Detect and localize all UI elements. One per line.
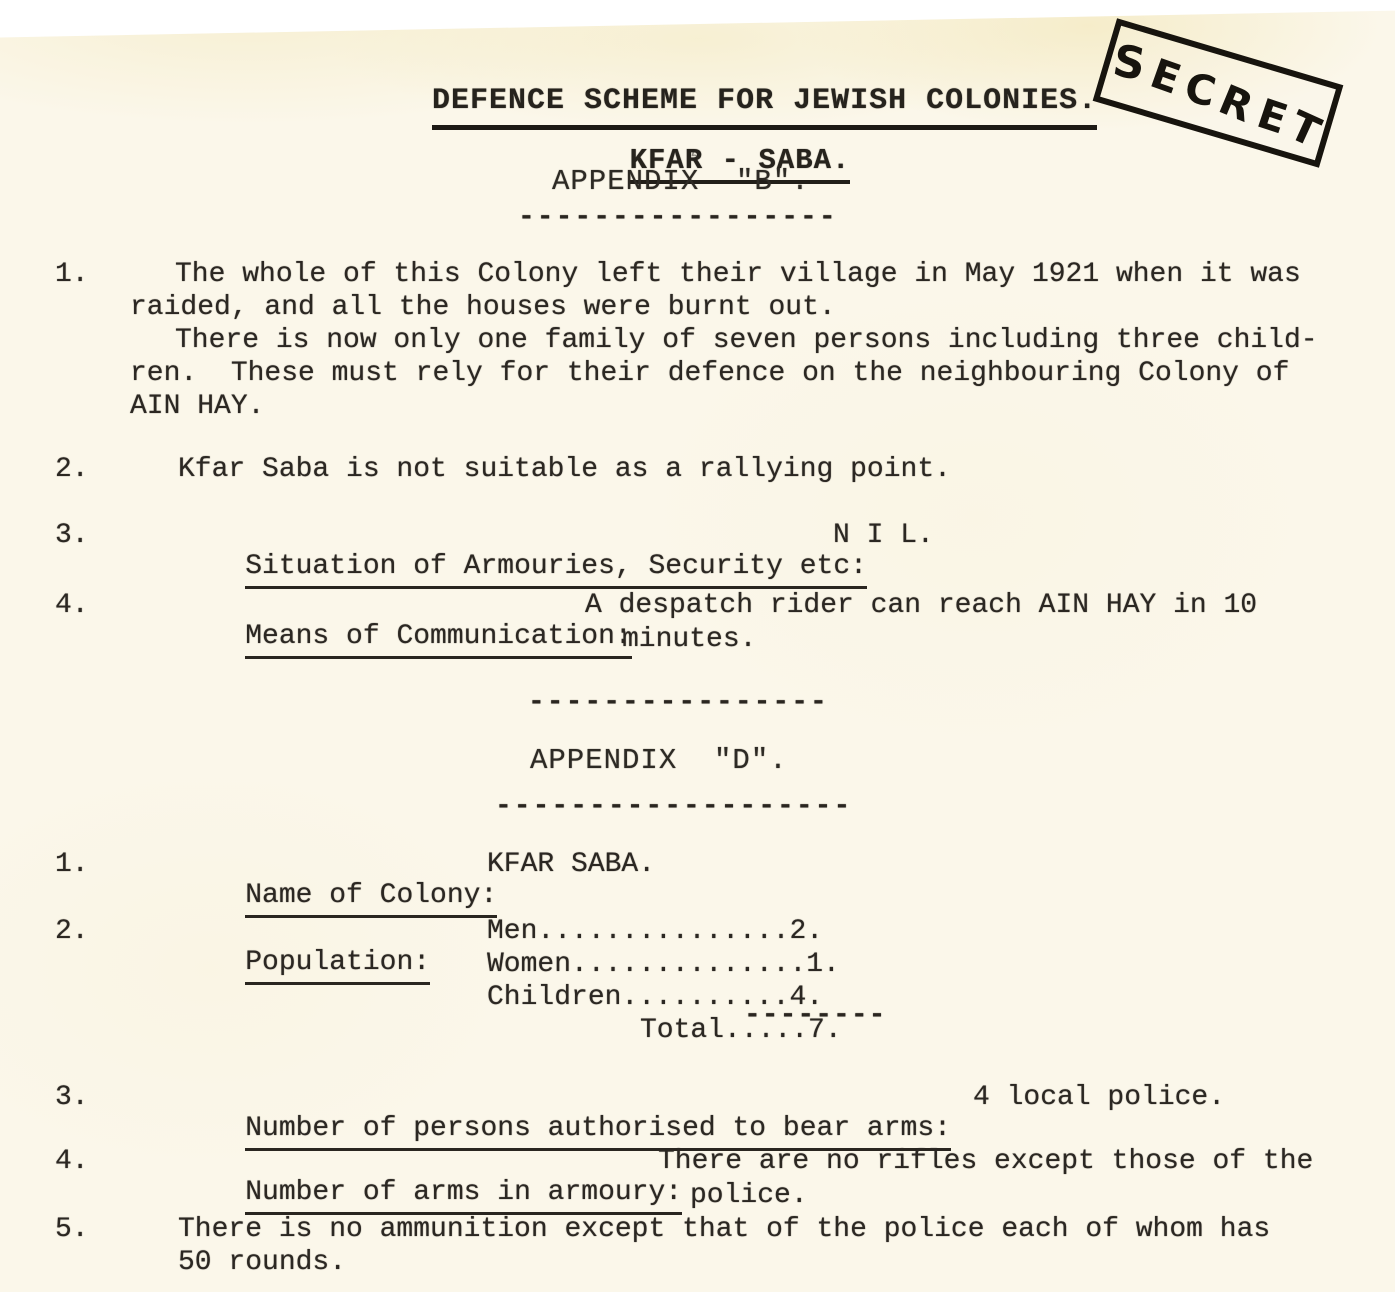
header-divider: -----------------: [518, 203, 838, 234]
secret-stamp-letter: R: [1212, 75, 1260, 131]
item-b1-line: raided, and all the houses were burnt ou…: [130, 293, 836, 324]
item-b3-value: N I L.: [833, 521, 934, 552]
appendix-d-divider-bottom: -------------------: [495, 792, 852, 823]
item-b1-line: AIN HAY.: [130, 392, 264, 423]
item-b4-number: 4.: [55, 591, 89, 622]
item-d2-number: 2.: [55, 917, 89, 948]
item-d5-line: 50 rounds.: [178, 1248, 346, 1279]
item-b4-heading-text: Means of Communication:: [245, 621, 631, 659]
item-b2-number: 2.: [55, 455, 89, 486]
item-d2-heading: Population:: [178, 917, 430, 1009]
item-d3-number: 3.: [55, 1083, 89, 1114]
population-row-women: Women..............1.: [487, 950, 840, 981]
item-b1-line: There is now only one family of seven pe…: [175, 326, 1318, 357]
appendix-d-heading: APPENDIX "D".: [530, 745, 788, 777]
item-b1-line: The whole of this Colony left their vill…: [175, 260, 1301, 291]
scanned-document-page: DEFENCE SCHEME FOR JEWISH COLONIES. KFAR…: [0, 0, 1395, 1292]
item-b4-heading: Means of Communication:: [178, 591, 632, 683]
item-b4-value-line2: minutes.: [622, 625, 756, 656]
appendix-b-heading: APPENDIX "B".: [552, 166, 810, 198]
secret-stamp-letter: C: [1180, 63, 1220, 116]
item-b1-number: 1.: [55, 260, 89, 291]
item-b2-text: Kfar Saba is not suitable as a rallying …: [178, 455, 951, 486]
item-b1-line: ren. These must rely for their defence o…: [130, 359, 1289, 390]
item-d4-value-line1: There are no rifles except those of the: [658, 1147, 1313, 1178]
secret-stamp: S E C R E T: [1093, 18, 1344, 167]
secret-stamp-letter: E: [1144, 49, 1186, 104]
item-d3-value: 4 local police.: [973, 1083, 1225, 1114]
appendix-d-divider-top: ----------------: [528, 688, 829, 719]
item-d4-value-line2: police.: [690, 1181, 808, 1212]
item-d5-number: 5.: [55, 1215, 89, 1246]
total-overline-mark: --------: [744, 1001, 886, 1032]
item-b3-number: 3.: [55, 521, 89, 552]
item-b3-heading-text: Situation of Armouries, Security etc:: [245, 551, 867, 589]
secret-stamp-letter: S: [1110, 35, 1150, 91]
item-d5-line: There is no ammunition except that of th…: [178, 1215, 1270, 1246]
item-d4-heading-text: Number of arms in armoury:: [245, 1177, 682, 1215]
item-d1-number: 1.: [55, 850, 89, 881]
item-d2-heading-text: Population:: [245, 947, 430, 985]
population-row-men: Men...............2.: [487, 917, 823, 948]
item-d1-value: KFAR SABA.: [487, 850, 655, 881]
item-d4-number: 4.: [55, 1147, 89, 1178]
item-b4-value-line1: A despatch rider can reach AIN HAY in 10: [585, 591, 1257, 622]
scanner-edge-artifact: [0, 0, 1395, 38]
item-d1-heading-text: Name of Colony:: [245, 880, 497, 918]
